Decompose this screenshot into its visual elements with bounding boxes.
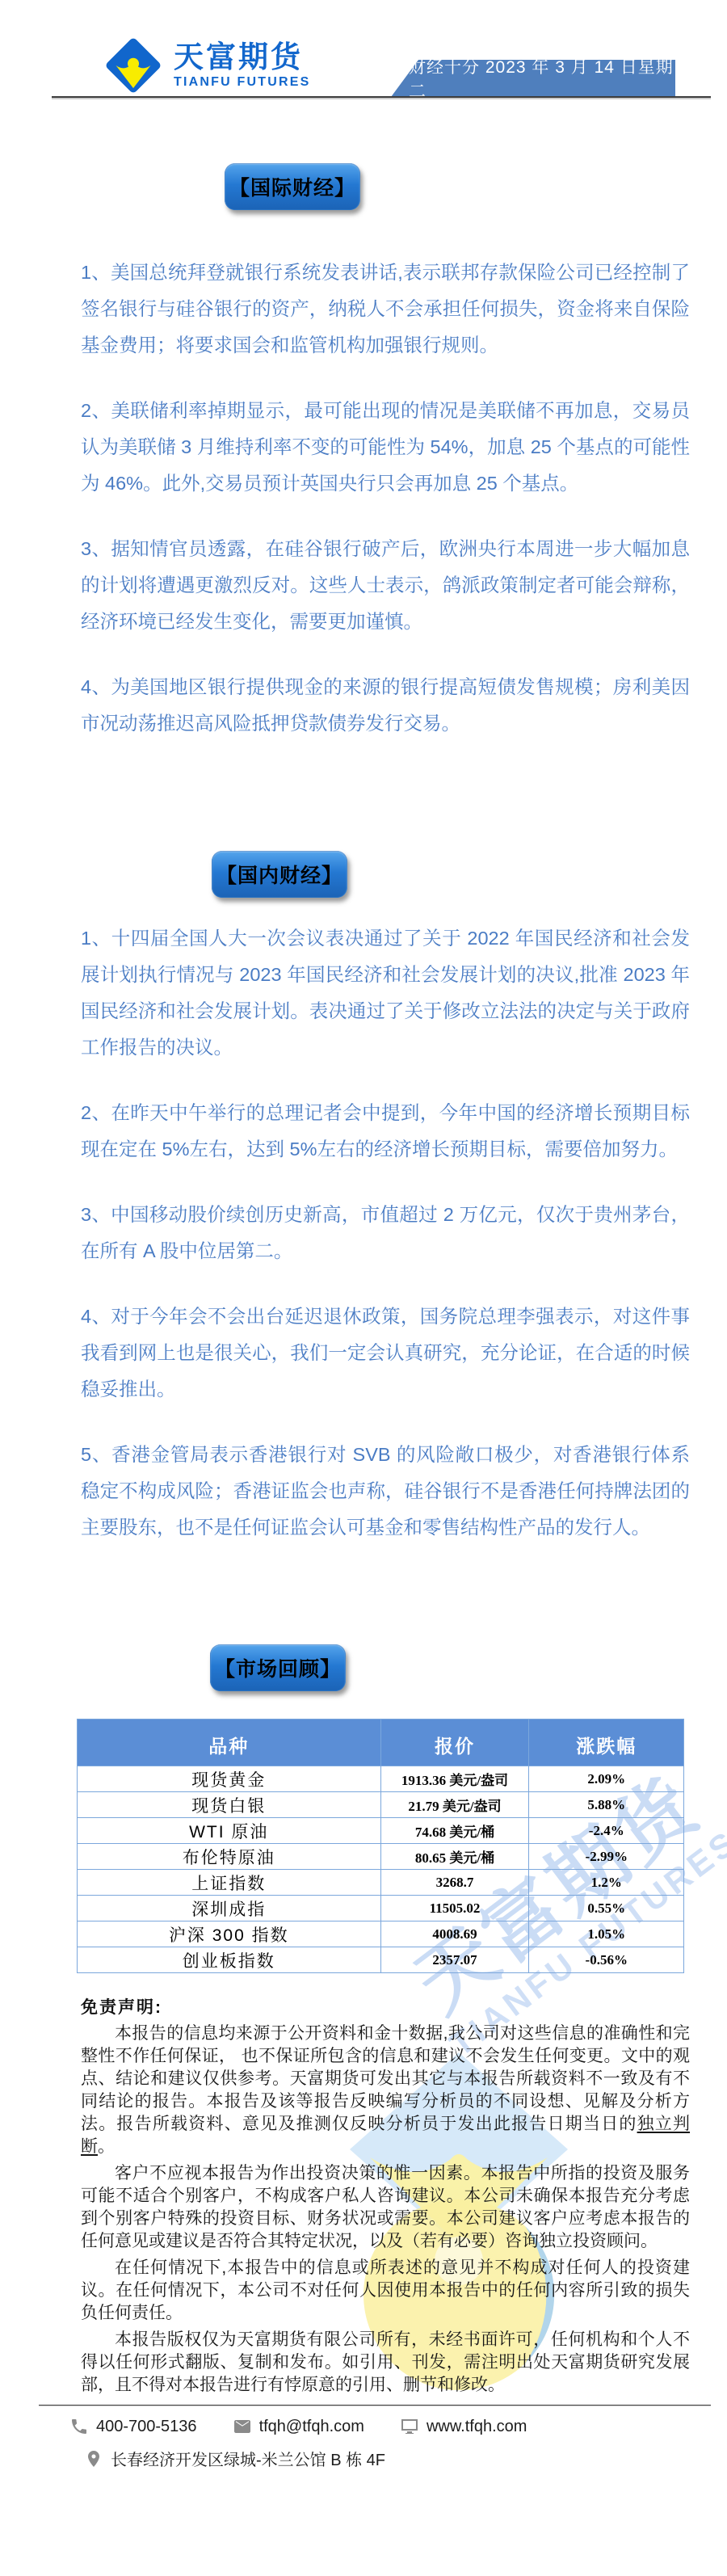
logo: 天富期货 TIANFU FUTURES <box>103 36 310 95</box>
change-cell: -2.99% <box>529 1844 684 1870</box>
intl-paragraph: 1、美国总统拜登就银行系统发表讲话,表示联邦存款保险公司已经控制了签名银行与硅谷… <box>81 255 690 364</box>
quote-cell: 74.68 美元/桶 <box>380 1818 529 1844</box>
footer-website-text: www.tfqh.com <box>427 2418 527 2436</box>
monitor-icon <box>400 2417 419 2436</box>
intl-paragraph: 3、据知情官员透露，在硅谷银行破产后，欧洲央行本周进一步大幅加息的计划将遭遇更激… <box>81 531 690 640</box>
change-cell: 1.05% <box>529 1921 684 1947</box>
instrument-cell: 上证指数 <box>78 1870 381 1896</box>
date-banner-text: 财经十分 2023 年 3 月 14 日星期二 <box>409 54 675 103</box>
table-row: 上证指数 3268.7 1.2% <box>78 1870 684 1896</box>
instrument-cell: 沪深 300 指数 <box>78 1921 381 1947</box>
instrument-cell: 深圳成指 <box>78 1896 381 1921</box>
disclaimer-paragraph: 本报告版权仅为天富期货有限公司所有，未经书面许可，任何机构和个人不得以任何形式翻… <box>81 2329 690 2397</box>
quote-cell: 2357.07 <box>380 1947 529 1973</box>
quote-cell: 4008.69 <box>380 1921 529 1947</box>
table-row: 现货黄金 1913.36 美元/盎司 2.09% <box>78 1766 684 1792</box>
footer-address-row: 长春经济开发区绿城-米兰公馆 B 栋 4F <box>0 2447 727 2470</box>
footer-divider <box>39 2405 711 2406</box>
section-title-market-review: 【市场回顾】 <box>210 1644 346 1691</box>
footer-address: 长春经济开发区绿城-米兰公馆 B 栋 4F <box>84 2447 385 2470</box>
quote-cell: 11505.02 <box>380 1896 529 1921</box>
location-pin-icon <box>84 2449 103 2469</box>
domestic-paragraph: 2、在昨天中午举行的总理记者会中提到，今年中国的经济增长预期目标现在定在 5%左… <box>81 1095 690 1168</box>
phone-icon <box>69 2417 89 2436</box>
logo-diamond-icon <box>103 36 163 95</box>
domestic-paragraph: 3、中国移动股价续创历史新高，市值超过 2 万亿元，仅次于贵州茅台，在所有 A … <box>81 1197 690 1269</box>
instrument-cell: 创业板指数 <box>78 1947 381 1973</box>
disclaimer-paragraph: 客户不应视本报告为作出投资决策的惟一因素。本报告中所指的投资及服务可能不适合个别… <box>81 2162 690 2253</box>
section-title-international: 【国际财经】 <box>225 163 360 210</box>
domestic-paragraph: 4、对于今年会不会出台延迟退休政策，国务院总理李强表示，对这件事我看到网上也是很… <box>81 1299 690 1408</box>
quote-cell: 80.65 美元/桶 <box>380 1844 529 1870</box>
table-row: 创业板指数 2357.07 -0.56% <box>78 1947 684 1973</box>
quote-cell: 1913.36 美元/盎司 <box>380 1766 529 1792</box>
logo-text: 天富期货 TIANFU FUTURES <box>174 41 310 90</box>
domestic-paragraph: 1、十四届全国人大一次会议表决通过了关于 2022 年国民经济和社会发展计划执行… <box>81 920 690 1066</box>
section-title-domestic: 【国内财经】 <box>212 851 347 898</box>
table-row: 现货白银 21.79 美元/盎司 5.88% <box>78 1792 684 1818</box>
table-row: 布伦特原油 80.65 美元/桶 -2.99% <box>78 1844 684 1870</box>
change-cell: 2.09% <box>529 1766 684 1792</box>
change-cell: 5.88% <box>529 1792 684 1818</box>
date-banner: 财经十分 2023 年 3 月 14 日星期二 <box>391 60 675 97</box>
disclaimer-text: 本报告的信息均来源于公开资料和金十数据,我公司对这些信息的准确性和完整性不作任何… <box>81 2024 690 2133</box>
disclaimer-paragraph: 在任何情况下,本报告中的信息或所表述的意见并不构成对任何人的投资建议。在任何情况… <box>81 2257 690 2325</box>
column-header-change: 涨跌幅 <box>529 1719 684 1766</box>
header: 天富期货 TIANFU FUTURES 财经十分 2023 年 3 月 14 日… <box>0 0 727 99</box>
email-icon <box>233 2417 252 2436</box>
footer-phone: 400-700-5136 <box>69 2417 197 2436</box>
footer: 400-700-5136 tfqh@tfqh.com www.tfqh.com … <box>0 2405 727 2470</box>
footer-contact-row: 400-700-5136 tfqh@tfqh.com www.tfqh.com <box>0 2417 727 2436</box>
change-cell: -2.4% <box>529 1818 684 1844</box>
logo-name-en: TIANFU FUTURES <box>174 75 310 90</box>
intl-paragraph: 2、美联储利率掉期显示，最可能出现的情况是美联储不再加息，交易员认为美联储 3 … <box>81 393 690 502</box>
footer-website: www.tfqh.com <box>400 2417 527 2436</box>
domestic-paragraph: 5、香港金管局表示香港银行对 SVB 的风险敞口极少，对香港银行体系稳定不构成风… <box>81 1437 690 1546</box>
section-title-market-review-label: 【市场回顾】 <box>215 1653 341 1682</box>
table-row: WTI 原油 74.68 美元/桶 -2.4% <box>78 1818 684 1844</box>
footer-email-text: tfqh@tfqh.com <box>259 2418 364 2436</box>
disclaimer-title: 免责声明: <box>81 1994 690 2018</box>
header-divider <box>52 96 711 98</box>
table-row: 深圳成指 11505.02 0.55% <box>78 1896 684 1921</box>
section-title-domestic-label: 【国内财经】 <box>216 860 342 889</box>
footer-address-text: 长春经济开发区绿城-米兰公馆 B 栋 4F <box>111 2447 385 2470</box>
footer-phone-text: 400-700-5136 <box>96 2418 197 2436</box>
change-cell: 1.2% <box>529 1870 684 1896</box>
table-header-row: 品种 报价 涨跌幅 <box>78 1719 684 1766</box>
footer-email: tfqh@tfqh.com <box>233 2417 364 2436</box>
column-header-instrument: 品种 <box>78 1719 381 1766</box>
change-cell: 0.55% <box>529 1896 684 1921</box>
table-row: 沪深 300 指数 4008.69 1.05% <box>78 1921 684 1947</box>
intl-paragraph: 4、为美国地区银行提供现金的来源的银行提高短债发售规模；房利美因市况动荡推迟高风… <box>81 669 690 742</box>
disclaimer-text: 。 <box>98 2137 115 2156</box>
section-title-international-label: 【国际财经】 <box>229 172 355 201</box>
instrument-cell: WTI 原油 <box>78 1818 381 1844</box>
instrument-cell: 布伦特原油 <box>78 1844 381 1870</box>
newsletter-body: 【国际财经】 1、美国总统拜登就银行系统发表讲话,表示联邦存款保险公司已经控制了… <box>0 163 727 2397</box>
logo-name-cn: 天富期货 <box>174 41 310 74</box>
market-review-table: 品种 报价 涨跌幅 现货黄金 1913.36 美元/盎司 2.09% 现货白银 … <box>77 1719 684 1973</box>
disclaimer-paragraph: 本报告的信息均来源于公开资料和金十数据,我公司对这些信息的准确性和完整性不作任何… <box>81 2022 690 2158</box>
quote-cell: 3268.7 <box>380 1870 529 1896</box>
change-cell: -0.56% <box>529 1947 684 1973</box>
instrument-cell: 现货白银 <box>78 1792 381 1818</box>
quote-cell: 21.79 美元/盎司 <box>380 1792 529 1818</box>
instrument-cell: 现货黄金 <box>78 1766 381 1792</box>
column-header-quote: 报价 <box>380 1719 529 1766</box>
